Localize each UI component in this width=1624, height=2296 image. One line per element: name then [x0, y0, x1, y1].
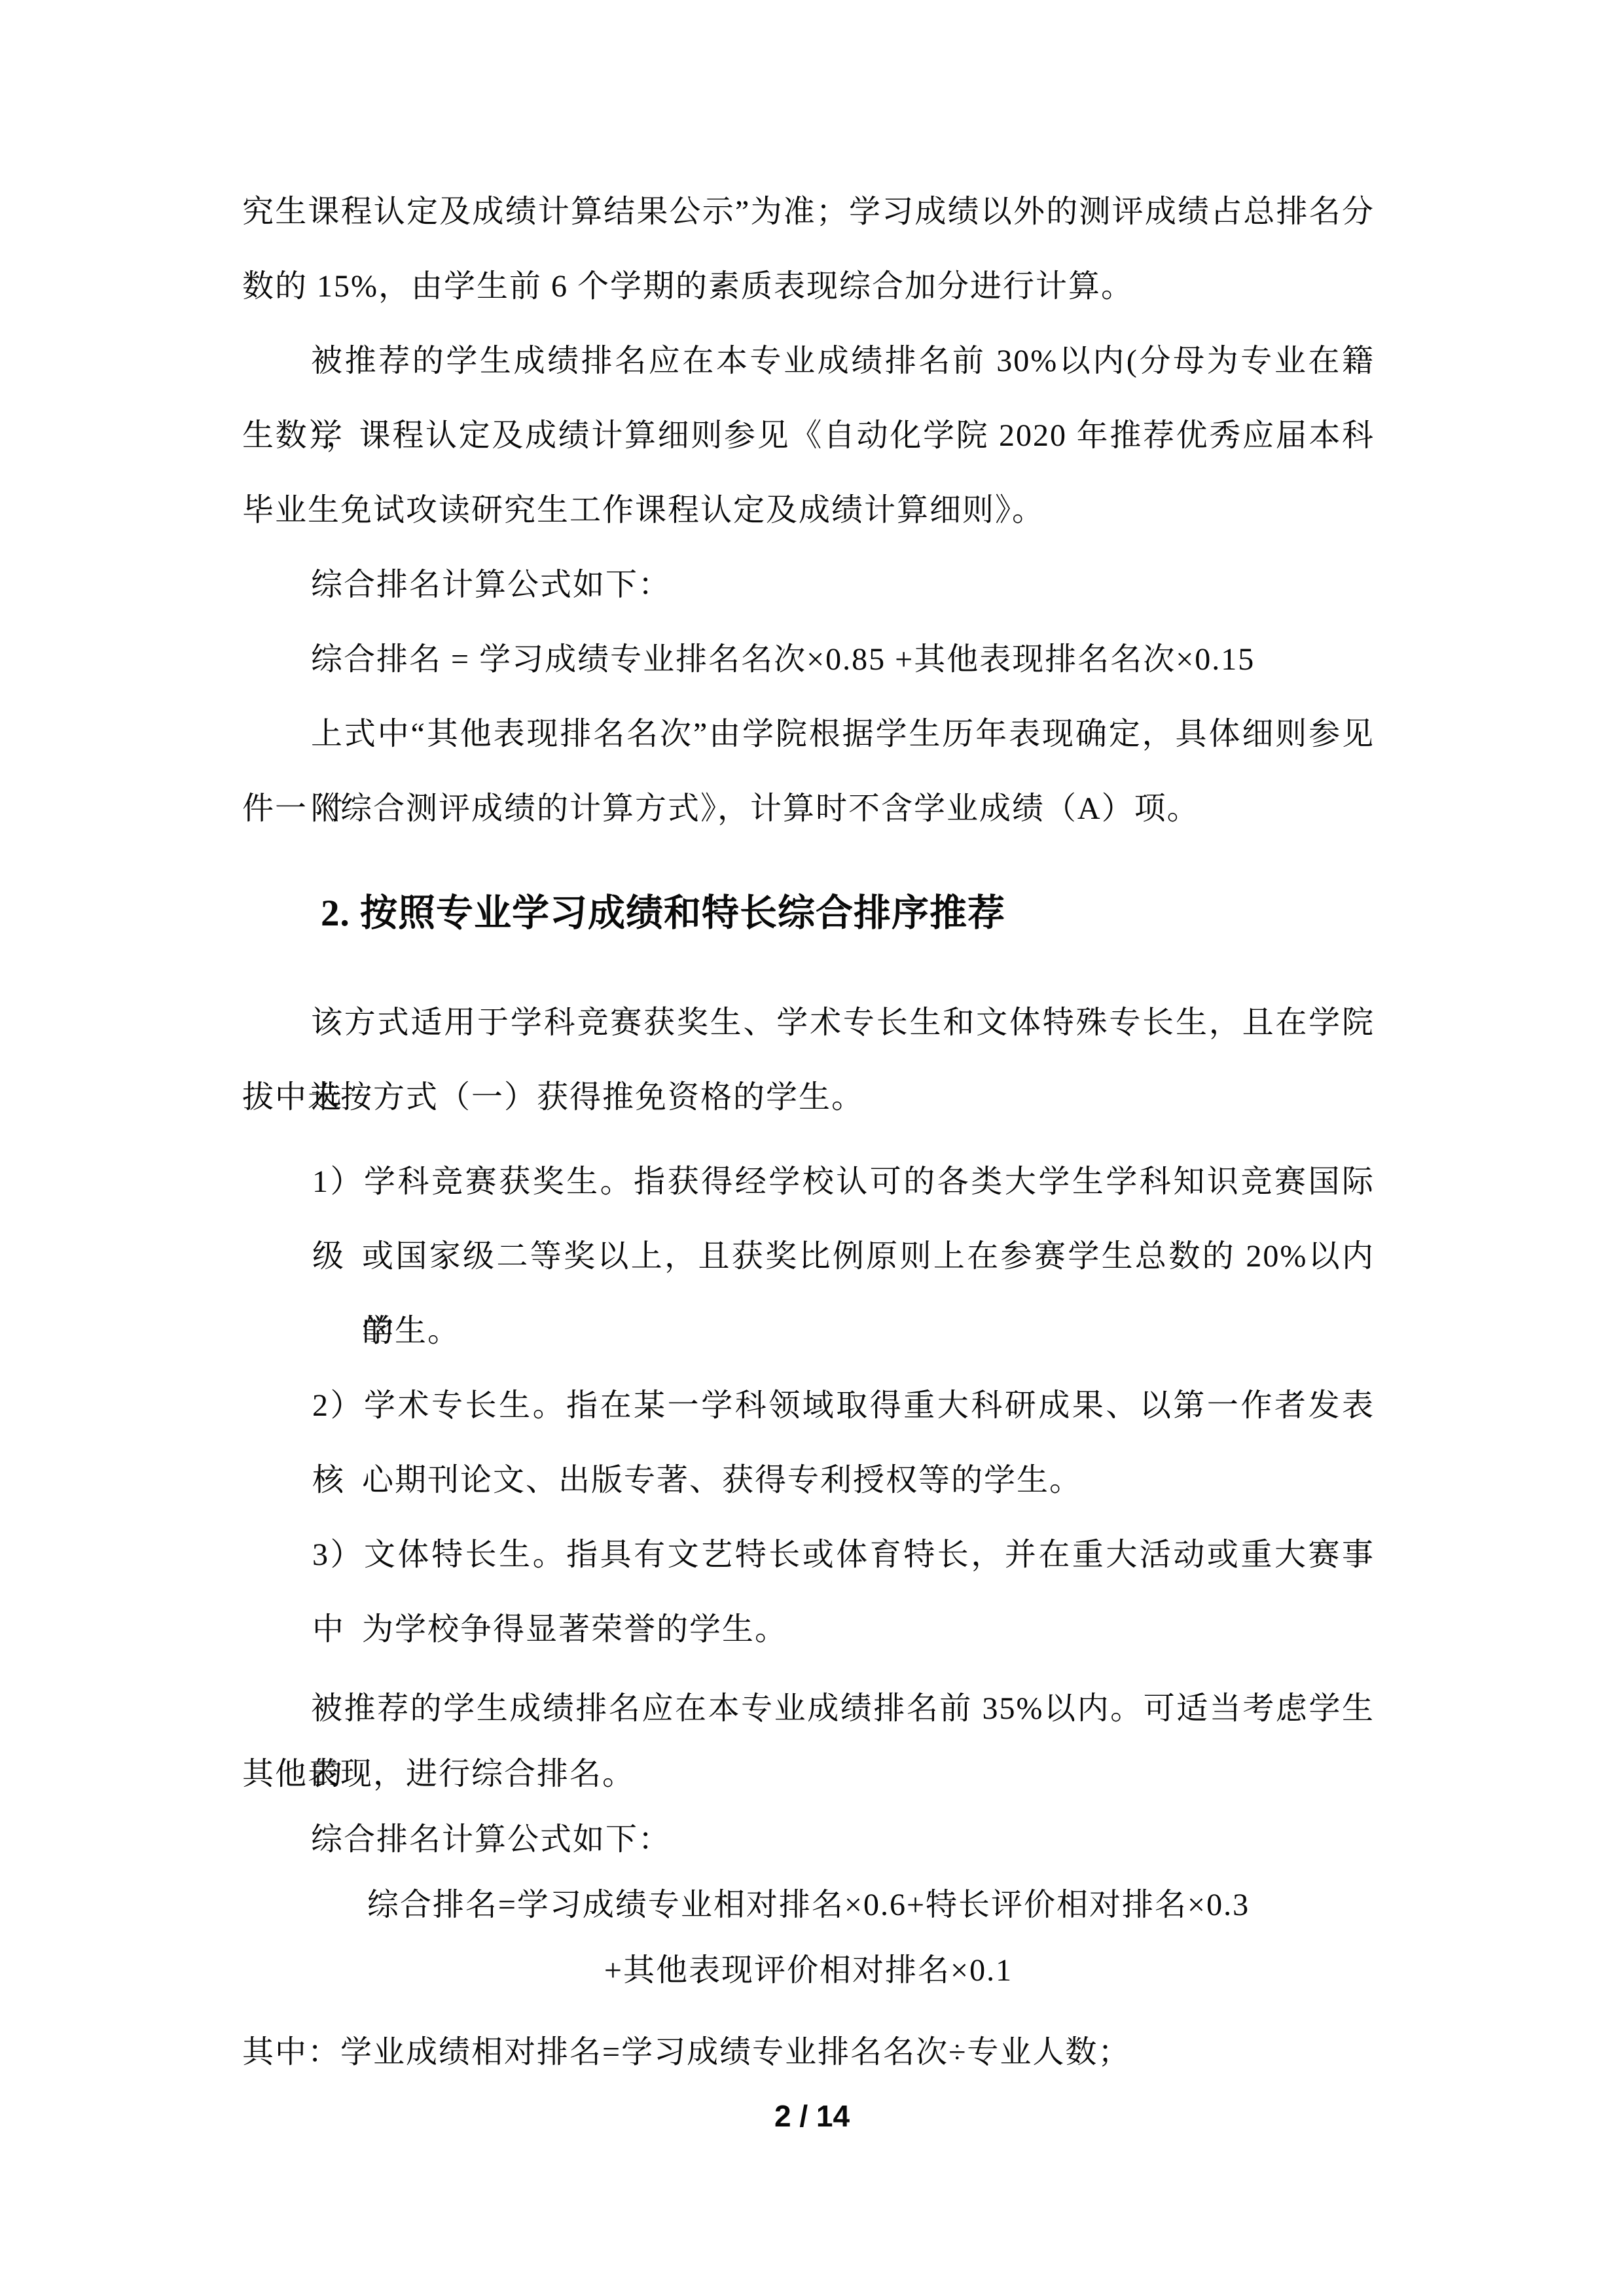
list-item: 3）文体特长生。指具有文艺特长或体育特长，并在重大活动或重大赛事中为学校争得显著… [242, 1518, 1375, 1667]
text-line: 1）学科竞赛获奖生。指获得经学校认可的各类大学生学科知识竞赛国际级 [242, 1145, 1375, 1219]
section-heading: 2. 按照专业学习成绩和特长综合排序推荐 [242, 871, 1375, 956]
text-line: 综合排名 = 学习成绩专业排名名次×0.85 +其他表现排名名次×0.15 [242, 622, 1375, 697]
text-line: 上式中“其他表现排名名次”由学院根据学生历年表现确定，具体细则参见附 [242, 697, 1375, 772]
paragraph: 究生课程认定及成绩计算结果公示”为准；学习成绩以外的测评成绩占总排名分数的 15… [242, 175, 1375, 324]
text-line: 毕业生免试攻读研究生工作课程认定及成绩计算细则》。 [242, 473, 1375, 548]
list-item: 2）学术专长生。指在某一学科领域取得重大科研成果、以第一作者发表核心期刊论文、出… [242, 1369, 1375, 1518]
text-line: 该方式适用于学科竞赛获奖生、学术专长生和文体特殊专长生，且在学院选 [242, 986, 1375, 1060]
text-line: 或国家级二等奖以上，且获奖比例原则上在参赛学生总数的 20%以内的 [242, 1219, 1375, 1294]
formula-line: 综合排名=学习成绩专业相对排名×0.6+特长评价相对排名×0.3 [242, 1873, 1375, 1938]
text-line: 综合排名计算公式如下： [242, 1807, 1375, 1873]
paragraph: 其中：学业成绩相对排名=学习成绩专业排名名次÷专业人数； [242, 2020, 1375, 2085]
paragraph: 被推荐的学生成绩排名应在本专业成绩排名前 30%以内(分母为专业在籍学生数），课… [242, 324, 1375, 548]
text-line: 学生。 [242, 1294, 1375, 1369]
text-line: 2）学术专长生。指在某一学科领域取得重大科研成果、以第一作者发表核 [242, 1369, 1375, 1443]
text-line: 数的 15%，由学生前 6 个学期的素质表现综合加分进行计算。 [242, 249, 1375, 324]
text-line: 其他表现，进行综合排名。 [242, 1742, 1375, 1807]
text-line: +其他表现评价相对排名×0.1 [242, 1938, 1375, 2003]
text-line: 为学校争得显著荣誉的学生。 [242, 1592, 1375, 1667]
page-number: 2 / 14 [0, 2098, 1624, 2134]
text-line: 2. 按照专业学习成绩和特长综合排序推荐 [242, 871, 1375, 956]
list-item: 1）学科竞赛获奖生。指获得经学校认可的各类大学生学科知识竞赛国际级或国家级二等奖… [242, 1145, 1375, 1369]
document-content: 究生课程认定及成绩计算结果公示”为准；学习成绩以外的测评成绩占总排名分数的 15… [242, 175, 1375, 2085]
formula-line: 综合排名 = 学习成绩专业排名名次×0.85 +其他表现排名名次×0.15 [242, 622, 1375, 697]
text-line: 究生课程认定及成绩计算结果公示”为准；学习成绩以外的测评成绩占总排名分 [242, 175, 1375, 249]
text-line: 其中：学业成绩相对排名=学习成绩专业排名名次÷专业人数； [242, 2020, 1375, 2085]
text-line: 综合排名计算公式如下： [242, 548, 1375, 622]
paragraph: 被推荐的学生成绩排名应在本专业成绩排名前 35%以内。可适当考虑学生的其他表现，… [242, 1676, 1375, 1807]
text-line: 生数），课程认定及成绩计算细则参见《自动化学院 2020 年推荐优秀应届本科 [242, 399, 1375, 473]
paragraph: 该方式适用于学科竞赛获奖生、学术专长生和文体特殊专长生，且在学院选拔中未按方式（… [242, 986, 1375, 1135]
text-line: 3）文体特长生。指具有文艺特长或体育特长，并在重大活动或重大赛事中 [242, 1518, 1375, 1592]
text-line: 拔中未按方式（一）获得推免资格的学生。 [242, 1060, 1375, 1135]
text-line: 心期刊论文、出版专著、获得专利授权等的学生。 [242, 1443, 1375, 1518]
formula-line: +其他表现评价相对排名×0.1 [242, 1938, 1375, 2003]
text-line: 件一《综合测评成绩的计算方式》，计算时不含学业成绩（A）项。 [242, 772, 1375, 846]
text-line: 综合排名=学习成绩专业相对排名×0.6+特长评价相对排名×0.3 [242, 1873, 1375, 1938]
paragraph: 上式中“其他表现排名名次”由学院根据学生历年表现确定，具体细则参见附件一《综合测… [242, 697, 1375, 846]
text-line: 被推荐的学生成绩排名应在本专业成绩排名前 35%以内。可适当考虑学生的 [242, 1676, 1375, 1742]
document-page: 究生课程认定及成绩计算结果公示”为准；学习成绩以外的测评成绩占总排名分数的 15… [0, 0, 1624, 2296]
paragraph: 综合排名计算公式如下： [242, 548, 1375, 622]
paragraph: 综合排名计算公式如下： [242, 1807, 1375, 1873]
text-line: 被推荐的学生成绩排名应在本专业成绩排名前 30%以内(分母为专业在籍学 [242, 324, 1375, 399]
